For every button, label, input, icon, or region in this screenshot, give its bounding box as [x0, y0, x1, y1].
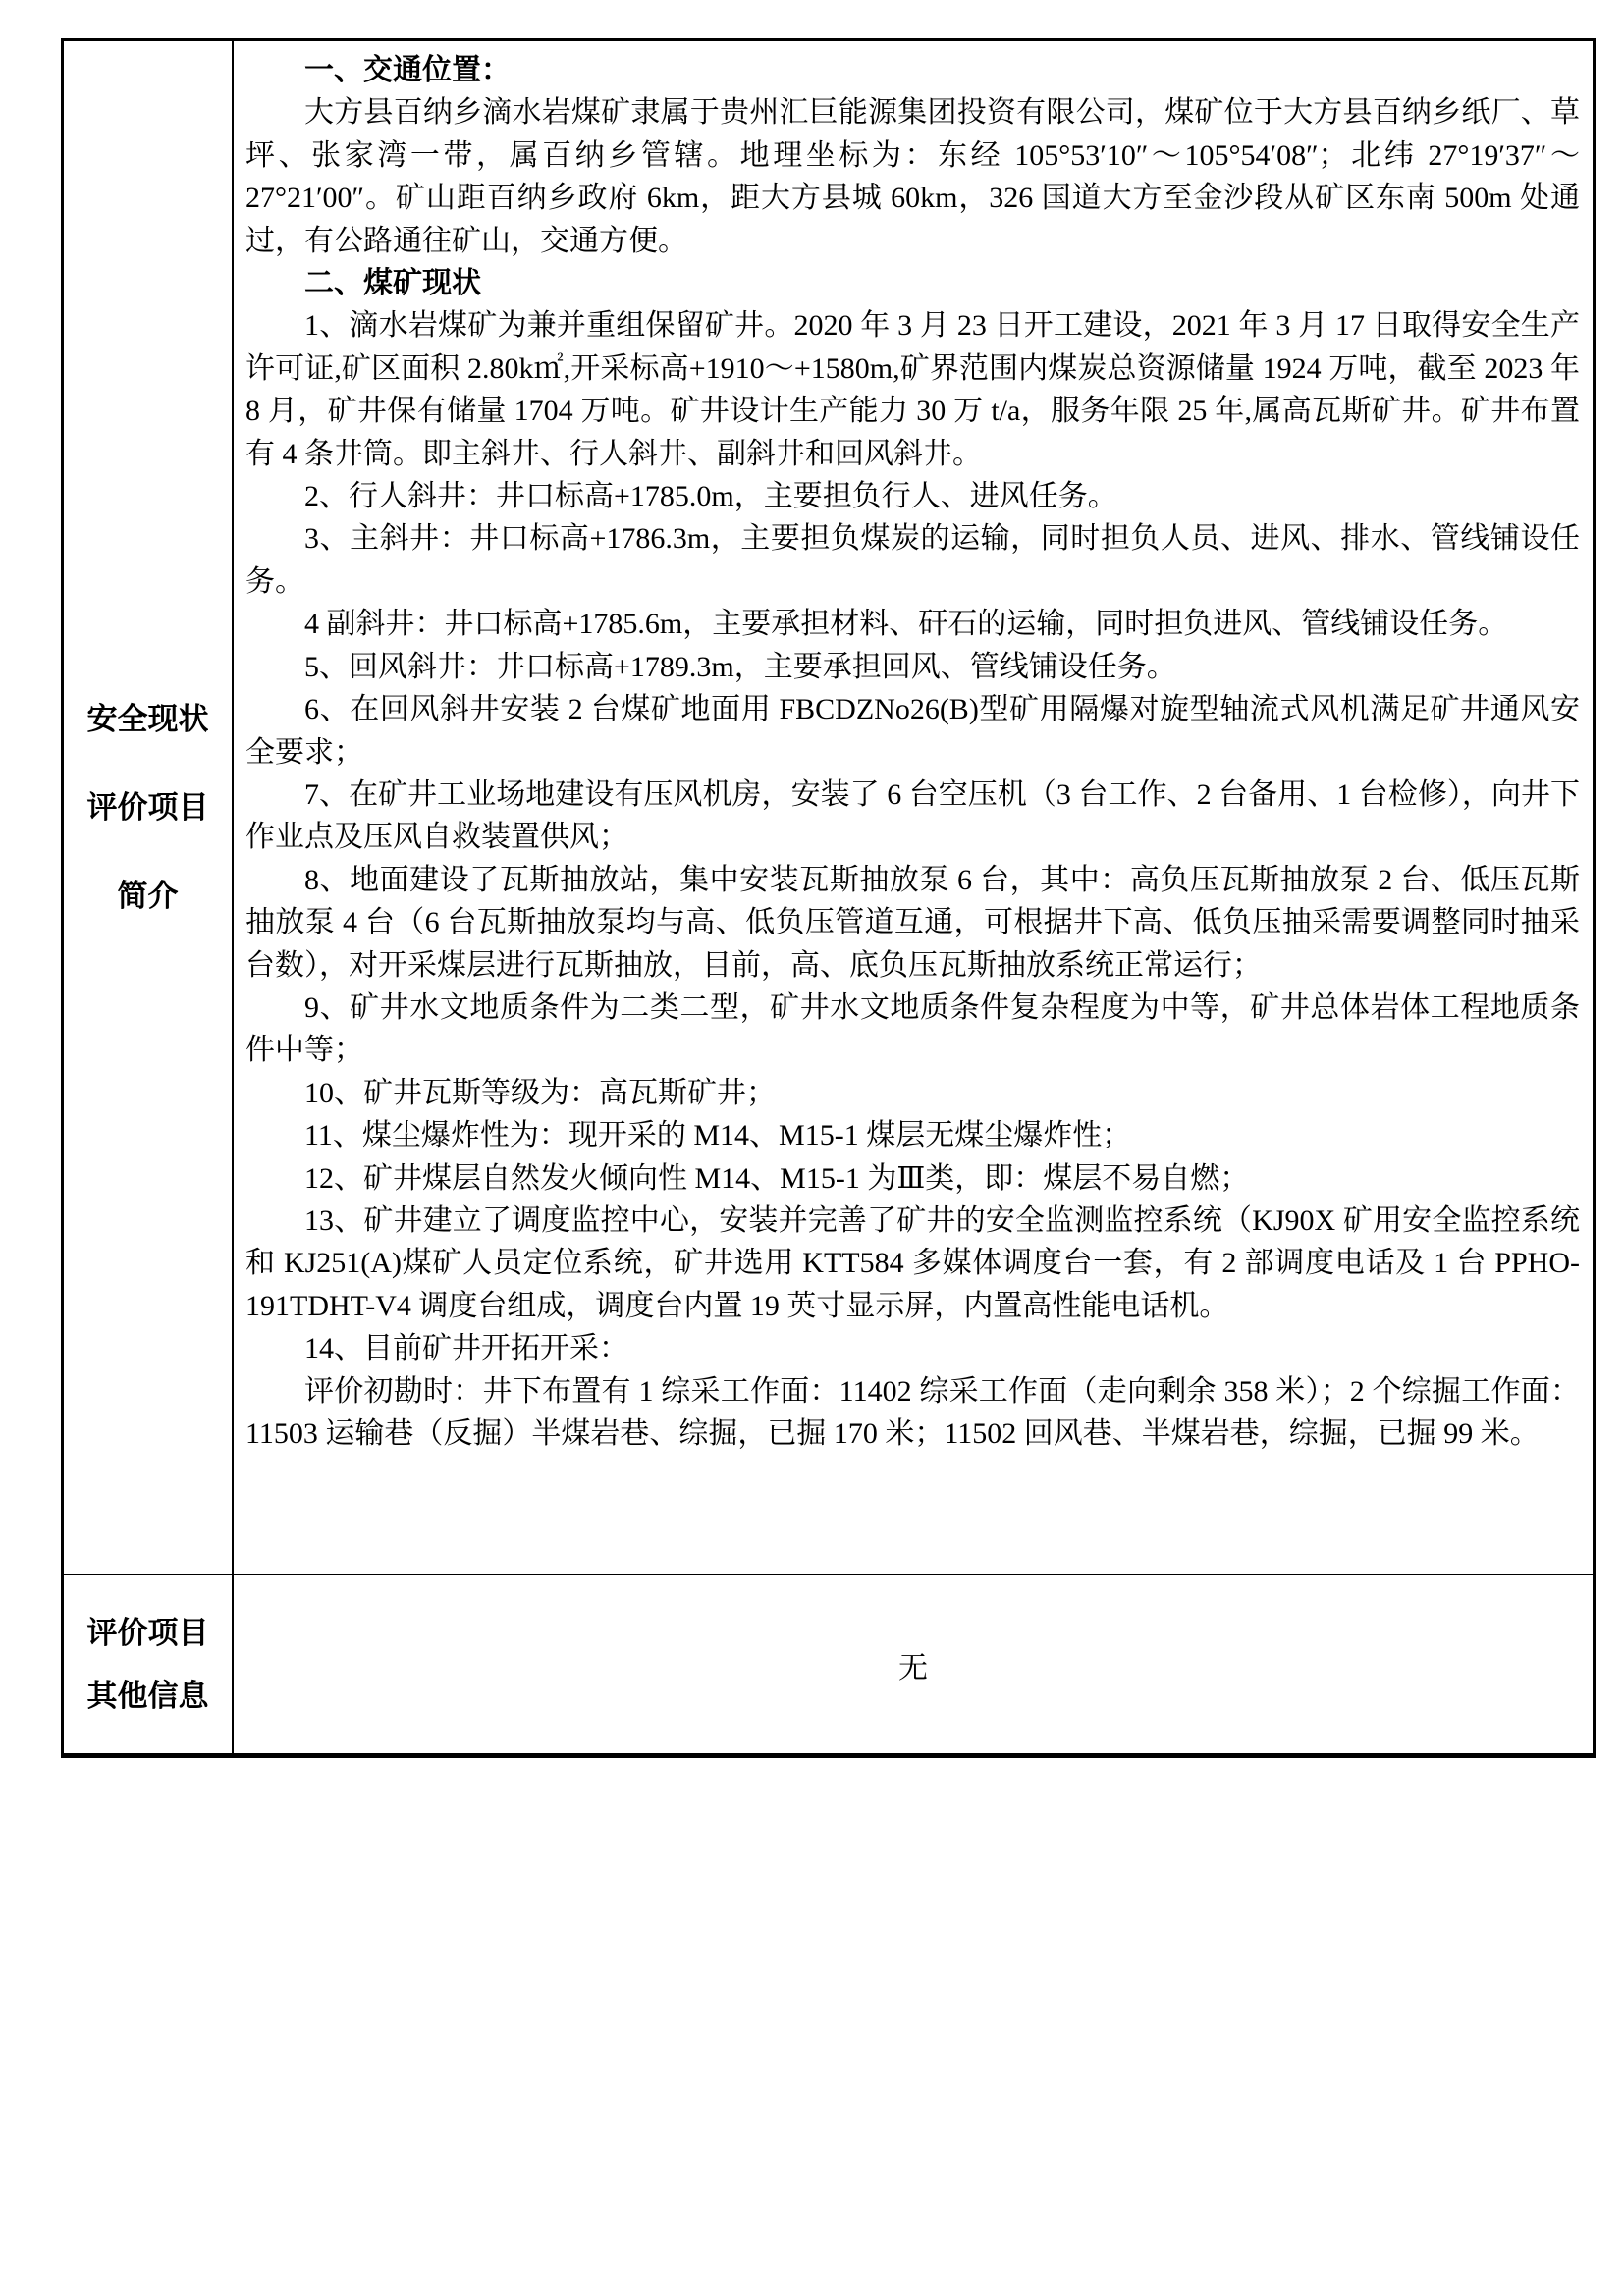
label-line: 评价项目	[87, 1618, 209, 1649]
paragraph: 10、矿井瓦斯等级为：高瓦斯矿井；	[245, 1072, 1580, 1114]
paragraph: 5、回风斜井：井口标高+1789.3m，主要承担回风、管线铺设任务。	[245, 646, 1580, 688]
paragraph: 14、目前矿井开拓开采：	[245, 1327, 1580, 1369]
paragraph: 6、在回风斜井安装 2 台煤矿地面用 FBCDZNo26(B)型矿用隔爆对旋型轴…	[245, 688, 1580, 774]
paragraph: 2、行人斜井：井口标高+1785.0m，主要担负行人、进风任务。	[245, 475, 1580, 517]
paragraph: 大方县百纳乡滴水岩煤矿隶属于贵州汇巨能源集团投资有限公司，煤矿位于大方县百纳乡纸…	[245, 91, 1580, 262]
row-label-other-info: 评价项目 其他信息	[64, 1575, 234, 1753]
paragraph: 3、主斜井：井口标高+1786.3m，主要担负煤炭的运输，同时担负人员、进风、排…	[245, 517, 1580, 603]
paragraph: 13、矿井建立了调度监控中心，安装并完善了矿井的安全监测监控系统（KJ90X 矿…	[245, 1200, 1580, 1327]
paragraph: 9、矿井水文地质条件为二类二型，矿井水文地质条件复杂程度为中等，矿井总体岩体工程…	[245, 987, 1580, 1072]
table-row: 评价项目 其他信息 无	[64, 1575, 1593, 1753]
paragraph: 4 副斜井：井口标高+1785.6m，主要承担材料、矸石的运输，同时担负进风、管…	[245, 603, 1580, 645]
paragraph: 1、滴水岩煤矿为兼并重组保留矿井。2020 年 3 月 23 日开工建设，202…	[245, 304, 1580, 475]
label-line: 简介	[118, 881, 179, 912]
section-heading: 二、煤矿现状	[245, 262, 1580, 304]
other-info-value: 无	[898, 1643, 928, 1686]
table-row: 安全现状 评价项目 简介 一、交通位置： 大方县百纳乡滴水岩煤矿隶属于贵州汇巨能…	[64, 41, 1593, 1575]
paragraph: 8、地面建设了瓦斯抽放站，集中安装瓦斯抽放泵 6 台，其中：高负压瓦斯抽放泵 2…	[245, 859, 1580, 987]
row-label-safety-overview: 安全现状 评价项目 简介	[64, 41, 234, 1574]
paragraph: 7、在矿井工业场地建设有压风机房，安装了 6 台空压机（3 台工作、2 台备用、…	[245, 774, 1580, 859]
paragraph: 评价初勘时：井下布置有 1 综采工作面：11402 综采工作面（走向剩余 358…	[245, 1370, 1580, 1456]
label-line: 安全现状	[87, 704, 209, 735]
label-line: 其他信息	[87, 1681, 209, 1712]
other-info-content-cell: 无	[234, 1575, 1593, 1753]
paragraph: 12、矿井煤层自然发火倾向性 M14、M15-1 为Ⅲ类，即：煤层不易自燃；	[245, 1157, 1580, 1200]
section-heading: 一、交通位置：	[245, 49, 1580, 91]
overview-content-cell: 一、交通位置： 大方县百纳乡滴水岩煤矿隶属于贵州汇巨能源集团投资有限公司，煤矿位…	[234, 41, 1593, 1574]
label-line: 评价项目	[87, 792, 209, 824]
evaluation-table: 安全现状 评价项目 简介 一、交通位置： 大方县百纳乡滴水岩煤矿隶属于贵州汇巨能…	[61, 38, 1596, 1758]
paragraph: 11、煤尘爆炸性为：现开采的 M14、M15-1 煤层无煤尘爆炸性；	[245, 1114, 1580, 1156]
document-page: 安全现状 评价项目 简介 一、交通位置： 大方县百纳乡滴水岩煤矿隶属于贵州汇巨能…	[0, 0, 1624, 2296]
